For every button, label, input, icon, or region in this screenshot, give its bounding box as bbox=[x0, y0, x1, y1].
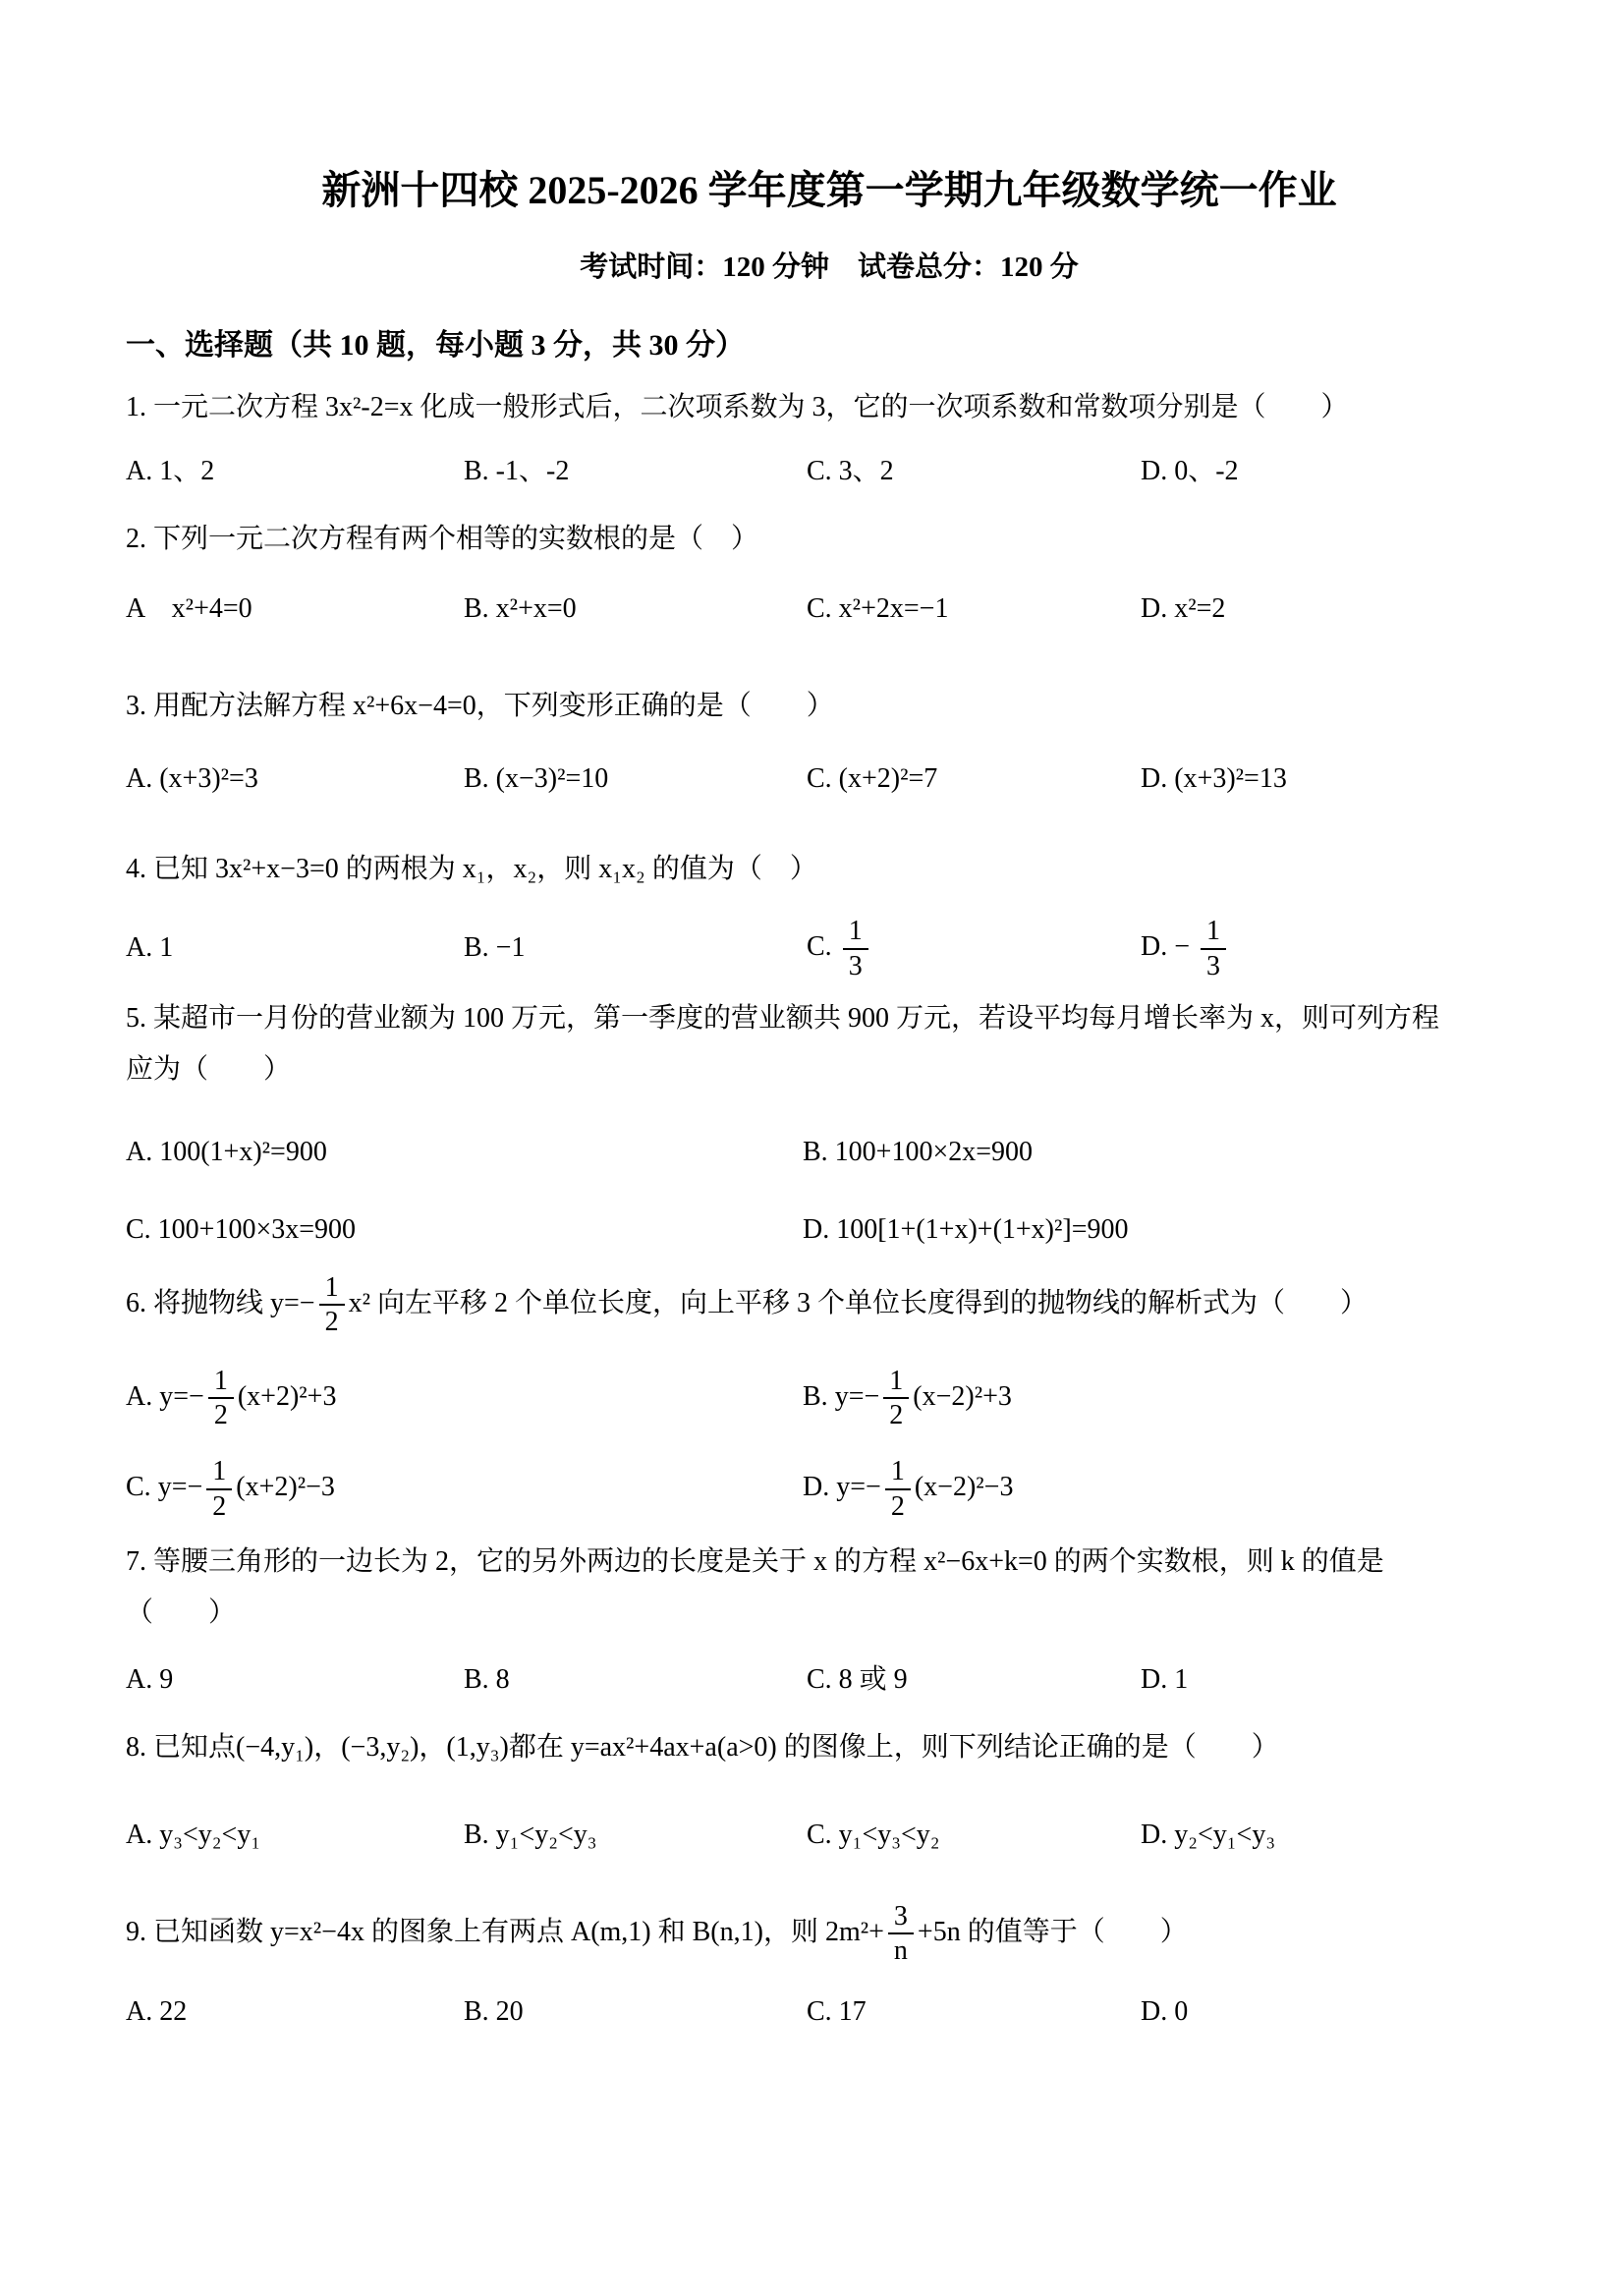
question-6-option-a: A. y=−12(x+2)²+3 bbox=[126, 1366, 803, 1431]
question-9-stem-text-end: +5n 的值等于（ ） bbox=[918, 1917, 1188, 1947]
fraction-denominator: 3 bbox=[843, 950, 868, 981]
question-2-options: A x²+4=0 B. x²+x=0 C. x²+2x=−1 D. x²=2 bbox=[126, 591, 1533, 628]
question-5-option-b: B. 100+100×2x=900 bbox=[803, 1135, 1533, 1171]
question-2-option-b: B. x²+x=0 bbox=[464, 591, 807, 628]
fraction: 3n bbox=[888, 1901, 914, 1967]
fraction-denominator: 2 bbox=[883, 1399, 909, 1430]
option-d-label: D. bbox=[1141, 931, 1167, 962]
question-6-option-d: D. y=−12(x−2)²−3 bbox=[803, 1456, 1533, 1522]
question-1-option-d: D. 0、-2 bbox=[1141, 454, 1533, 490]
fraction-numerator: 1 bbox=[319, 1272, 345, 1306]
question-7-option-c: C. 8 或 9 bbox=[807, 1662, 1141, 1699]
fraction-denominator: 3 bbox=[1201, 950, 1226, 981]
question-4-options: A. 1 B. −1 C. 13 D. − 13 bbox=[126, 916, 1533, 981]
exam-info: 考试时间：120 分钟 试卷总分：120 分 bbox=[126, 250, 1533, 287]
question-3-option-a: A. (x+3)²=3 bbox=[126, 761, 464, 798]
question-5-option-c: C. 100+100×3x=900 bbox=[126, 1212, 803, 1249]
question-9-stem-text: 9. 已知函数 y=x²−4x 的图象上有两点 A(m,1) 和 B(n,1)，… bbox=[126, 1917, 884, 1947]
fraction: 13 bbox=[843, 916, 868, 981]
fraction: 12 bbox=[208, 1366, 234, 1431]
question-6-stem-text-end: 向左平移 2 个单位长度，向上平移 3 个单位长度得到的抛物线的解析式为（ ） bbox=[370, 1288, 1368, 1318]
fraction-denominator: 2 bbox=[319, 1306, 345, 1337]
question-7-stem-line-2: （ ） bbox=[126, 1588, 1533, 1639]
question-1-option-c: C. 3、2 bbox=[807, 454, 1141, 490]
question-8-options: A. y₃<y₂<y₁ B. y₁<y₂<y₃ C. y₁<y₃<y₂ D. y… bbox=[126, 1818, 1533, 1854]
question-1-option-a: A. 1、2 bbox=[126, 454, 464, 490]
fraction: 12 bbox=[883, 1366, 909, 1431]
question-6-option-c: C. y=−12(x+2)²−3 bbox=[126, 1456, 803, 1522]
fraction-denominator: n bbox=[888, 1934, 914, 1966]
question-6-stem-text: 6. 将抛物线 bbox=[126, 1288, 270, 1318]
option-d-post: (x−2)²−3 bbox=[915, 1472, 1014, 1502]
question-8-option-b: B. y₁<y₂<y₃ bbox=[464, 1818, 807, 1854]
question-3-option-c: C. (x+2)²=7 bbox=[807, 761, 1141, 798]
fraction: 13 bbox=[1201, 916, 1226, 981]
question-6-options-row-1: A. y=−12(x+2)²+3 B. y=−12(x−2)²+3 bbox=[126, 1366, 1533, 1431]
fraction-numerator: 3 bbox=[888, 1901, 914, 1934]
option-b-label: B. bbox=[803, 1380, 828, 1411]
option-a-label: A. bbox=[126, 1380, 152, 1411]
fraction-numerator: 1 bbox=[1201, 916, 1226, 949]
question-2-stem: 2. 下列一元二次方程有两个相等的实数根的是（ ） bbox=[126, 522, 1533, 558]
question-4-option-d: D. − 13 bbox=[1141, 916, 1533, 981]
question-7-option-d: D. 1 bbox=[1141, 1662, 1533, 1699]
question-6-stem: 6. 将抛物线 y=−12x² 向左平移 2 个单位长度，向上平移 3 个单位长… bbox=[126, 1272, 1533, 1338]
question-6-options-row-2: C. y=−12(x+2)²−3 D. y=−12(x−2)²−3 bbox=[126, 1456, 1533, 1522]
question-3-stem: 3. 用配方法解方程 x²+6x−4=0，下列变形正确的是（ ） bbox=[126, 689, 1533, 725]
question-3-option-d: D. (x+3)²=13 bbox=[1141, 761, 1533, 798]
question-2-option-c: C. x²+2x=−1 bbox=[807, 591, 1141, 628]
question-6-option-b: B. y=−12(x−2)²+3 bbox=[803, 1366, 1533, 1431]
question-8-option-a: A. y₃<y₂<y₁ bbox=[126, 1818, 464, 1854]
question-5-stem: 5. 某超市一月份的营业额为 100 万元，第一季度的营业额共 900 万元，若… bbox=[126, 993, 1533, 1095]
exam-document: 新洲十四校 2025-2026 学年度第一学期九年级数学统一作业 考试时间：12… bbox=[0, 0, 1623, 2296]
question-9-option-a: A. 22 bbox=[126, 1994, 464, 2031]
option-a-post: (x+2)²+3 bbox=[238, 1380, 337, 1411]
page-title: 新洲十四校 2025-2026 学年度第一学期九年级数学统一作业 bbox=[126, 165, 1533, 216]
section-one-heading: 一、选择题（共 10 题，每小题 3 分，共 30 分） bbox=[126, 326, 1533, 364]
option-d-sign: − bbox=[1174, 931, 1190, 962]
question-9-option-c: C. 17 bbox=[807, 1994, 1141, 2031]
question-1-options: A. 1、2 B. -1、-2 C. 3、2 D. 0、-2 bbox=[126, 454, 1533, 490]
question-7-options: A. 9 B. 8 C. 8 或 9 D. 1 bbox=[126, 1662, 1533, 1699]
question-5-options-row-1: A. 100(1+x)²=900 B. 100+100×2x=900 bbox=[126, 1135, 1533, 1171]
question-4-option-c: C. 13 bbox=[807, 916, 1141, 981]
question-5-stem-line-2: 应为（ ） bbox=[126, 1044, 1533, 1095]
question-6-equation-pre: y=− bbox=[270, 1288, 315, 1318]
question-7-option-a: A. 9 bbox=[126, 1662, 464, 1699]
question-5-option-a: A. 100(1+x)²=900 bbox=[126, 1135, 803, 1171]
option-b-pre: y=− bbox=[835, 1380, 880, 1411]
question-5-option-d: D. 100[1+(1+x)+(1+x)²]=900 bbox=[803, 1212, 1533, 1249]
question-9-option-b: B. 20 bbox=[464, 1994, 807, 2031]
question-9-options: A. 22 B. 20 C. 17 D. 0 bbox=[126, 1994, 1533, 2031]
question-7-stem: 7. 等腰三角形的一边长为 2，它的另外两边的长度是关于 x 的方程 x²−6x… bbox=[126, 1537, 1533, 1639]
question-7-option-b: B. 8 bbox=[464, 1662, 807, 1699]
fraction: 12 bbox=[319, 1272, 345, 1338]
fraction-denominator: 2 bbox=[885, 1490, 911, 1522]
question-5-stem-line-1: 5. 某超市一月份的营业额为 100 万元，第一季度的营业额共 900 万元，若… bbox=[126, 993, 1533, 1044]
question-4-stem: 4. 已知 3x²+x−3=0 的两根为 x₁，x₂，则 x₁x₂ 的值为（ ） bbox=[126, 852, 1533, 888]
question-3-option-b: B. (x−3)²=10 bbox=[464, 761, 807, 798]
fraction-denominator: 2 bbox=[208, 1399, 234, 1430]
fraction-numerator: 1 bbox=[208, 1366, 234, 1399]
question-9-option-d: D. 0 bbox=[1141, 1994, 1533, 2031]
fraction-numerator: 1 bbox=[885, 1456, 911, 1489]
question-5-options-row-2: C. 100+100×3x=900 D. 100[1+(1+x)+(1+x)²]… bbox=[126, 1212, 1533, 1249]
question-1-stem: 1. 一元二次方程 3x²-2=x 化成一般形式后，二次项系数为 3，它的一次项… bbox=[126, 390, 1533, 426]
option-c-label: C. bbox=[807, 931, 832, 962]
question-6-equation-post: x² bbox=[349, 1288, 370, 1318]
option-a-pre: y=− bbox=[159, 1380, 204, 1411]
fraction: 12 bbox=[885, 1456, 911, 1522]
fraction-numerator: 1 bbox=[206, 1456, 232, 1489]
fraction: 12 bbox=[206, 1456, 232, 1522]
option-c-post: (x+2)²−3 bbox=[236, 1472, 335, 1502]
option-d-pre: y=− bbox=[836, 1472, 881, 1502]
question-8-option-d: D. y₂<y₁<y₃ bbox=[1141, 1818, 1533, 1854]
question-4-option-b: B. −1 bbox=[464, 930, 807, 967]
fraction-denominator: 2 bbox=[206, 1490, 232, 1522]
question-3-options: A. (x+3)²=3 B. (x−3)²=10 C. (x+2)²=7 D. … bbox=[126, 761, 1533, 798]
question-1-option-b: B. -1、-2 bbox=[464, 454, 807, 490]
question-7-stem-line-1: 7. 等腰三角形的一边长为 2，它的另外两边的长度是关于 x 的方程 x²−6x… bbox=[126, 1537, 1533, 1588]
question-2-option-d: D. x²=2 bbox=[1141, 591, 1533, 628]
question-4-option-a: A. 1 bbox=[126, 930, 464, 967]
fraction-numerator: 1 bbox=[883, 1366, 909, 1399]
question-8-option-c: C. y₁<y₃<y₂ bbox=[807, 1818, 1141, 1854]
option-d-label: D. bbox=[803, 1472, 829, 1502]
option-b-post: (x−2)²+3 bbox=[913, 1380, 1012, 1411]
option-c-pre: y=− bbox=[158, 1472, 203, 1502]
question-2-option-a: A x²+4=0 bbox=[126, 591, 464, 628]
question-9-stem: 9. 已知函数 y=x²−4x 的图象上有两点 A(m,1) 和 B(n,1)，… bbox=[126, 1901, 1533, 1967]
option-c-label: C. bbox=[126, 1472, 151, 1502]
fraction-numerator: 1 bbox=[843, 916, 868, 949]
question-8-stem: 8. 已知点(−4,y₁)，(−3,y₂)，(1,y₃)都在 y=ax²+4ax… bbox=[126, 1730, 1533, 1766]
